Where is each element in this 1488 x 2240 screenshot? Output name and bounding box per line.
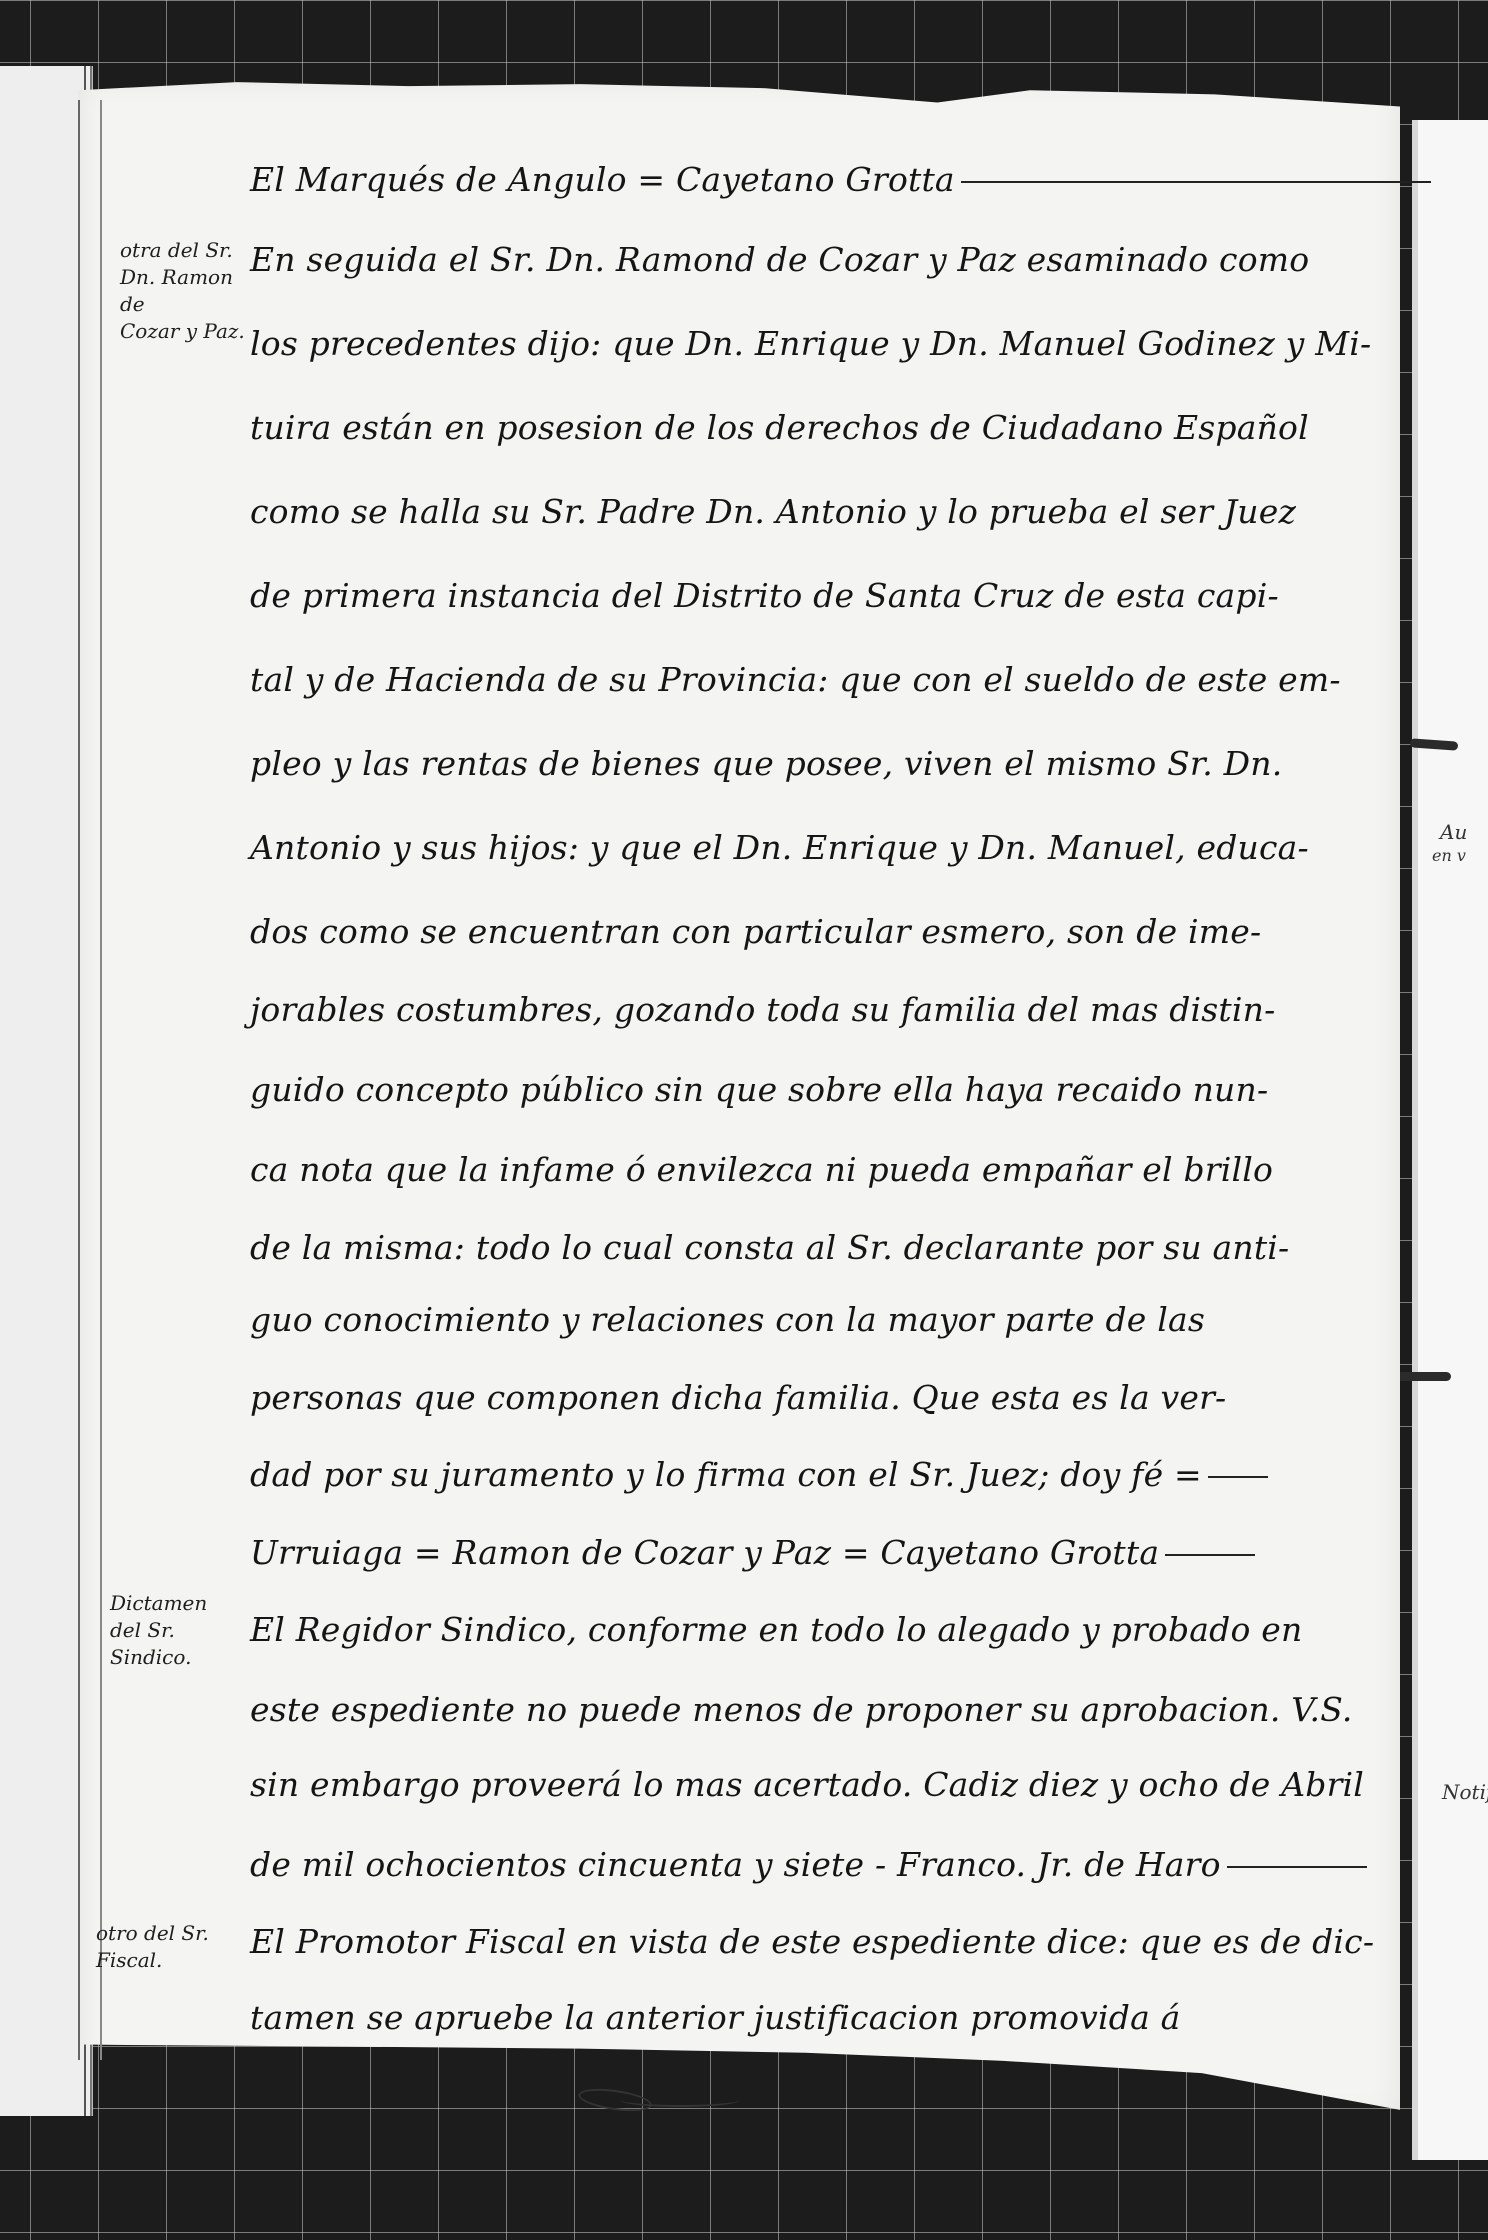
text-line: El Marqués de Angulo = Cayetano Grotta bbox=[250, 160, 1350, 199]
adjacent-fragment: en v bbox=[1432, 846, 1466, 865]
text-line: de la misma: todo lo cual consta al Sr. … bbox=[250, 1228, 1350, 1267]
text-line: guido concepto público sin que sobre ell… bbox=[250, 1070, 1350, 1109]
margin-note-line: del Sr. Sindico. bbox=[110, 1617, 250, 1671]
margin-note-line: Cozar y Paz. bbox=[120, 318, 260, 345]
text-line: pleo y las rentas de bienes que posee, v… bbox=[250, 744, 1350, 783]
text-line: este espediente no puede menos de propon… bbox=[250, 1690, 1350, 1729]
adjacent-fragment: Notif bbox=[1442, 1780, 1488, 1804]
text-line: como se halla su Sr. Padre Dn. Antonio y… bbox=[250, 492, 1350, 531]
text-line: de primera instancia del Distrito de San… bbox=[250, 576, 1350, 615]
margin-note-line: otro del Sr. bbox=[96, 1920, 236, 1947]
margin-note-line: Fiscal. bbox=[96, 1947, 236, 1974]
adjacent-page-right: Au en v Notif bbox=[1412, 120, 1488, 2160]
text-line: sin embargo proveerá lo mas acertado. Ca… bbox=[250, 1765, 1350, 1804]
text-line: El Regidor Sindico, conforme en todo lo … bbox=[250, 1610, 1350, 1649]
text-line: guo conocimiento y relaciones con la may… bbox=[250, 1300, 1350, 1339]
text-line: personas que componen dicha familia. Que… bbox=[250, 1378, 1350, 1417]
text-line: tal y de Hacienda de su Provincia: que c… bbox=[250, 660, 1350, 699]
closing-flourish bbox=[620, 2093, 740, 2107]
text-line: Antonio y sus hijos: y que el Dn. Enriqu… bbox=[250, 828, 1350, 867]
text-line: los precedentes dijo: que Dn. Enrique y … bbox=[250, 324, 1350, 363]
text-line: Urruiaga = Ramon de Cozar y Paz = Cayeta… bbox=[250, 1533, 1350, 1572]
margin-note-ramon: otra del Sr. Dn. Ramon de Cozar y Paz. bbox=[120, 237, 260, 345]
margin-note-line: Dictamen bbox=[110, 1590, 250, 1617]
margin-note-line: otra del Sr. bbox=[120, 237, 260, 264]
text-line: de mil ochocientos cincuenta y siete - F… bbox=[250, 1845, 1350, 1884]
text-line: dad por su juramento y lo firma con el S… bbox=[250, 1455, 1350, 1494]
text-line: tamen se apruebe la anterior justificaci… bbox=[250, 1998, 1350, 2037]
adjacent-fragment: Au bbox=[1440, 820, 1467, 844]
text-line: jorables costumbres, gozando toda su fam… bbox=[250, 990, 1350, 1029]
text-line: En seguida el Sr. Dn. Ramond de Cozar y … bbox=[250, 240, 1350, 279]
margin-note-sindico: Dictamen del Sr. Sindico. bbox=[110, 1590, 250, 1671]
margin-note-line: Dn. Ramon de bbox=[120, 264, 260, 318]
page-binding-edge bbox=[78, 100, 102, 2060]
binding-thread bbox=[1396, 1372, 1451, 1381]
text-line: tuira están en posesion de los derechos … bbox=[250, 408, 1350, 447]
text-line: ca nota que la infame ó envilezca ni pue… bbox=[250, 1150, 1350, 1189]
text-line: El Promotor Fiscal en vista de este espe… bbox=[250, 1922, 1350, 1961]
margin-note-fiscal: otro del Sr. Fiscal. bbox=[96, 1920, 236, 1974]
text-line: dos como se encuentran con particular es… bbox=[250, 912, 1350, 951]
